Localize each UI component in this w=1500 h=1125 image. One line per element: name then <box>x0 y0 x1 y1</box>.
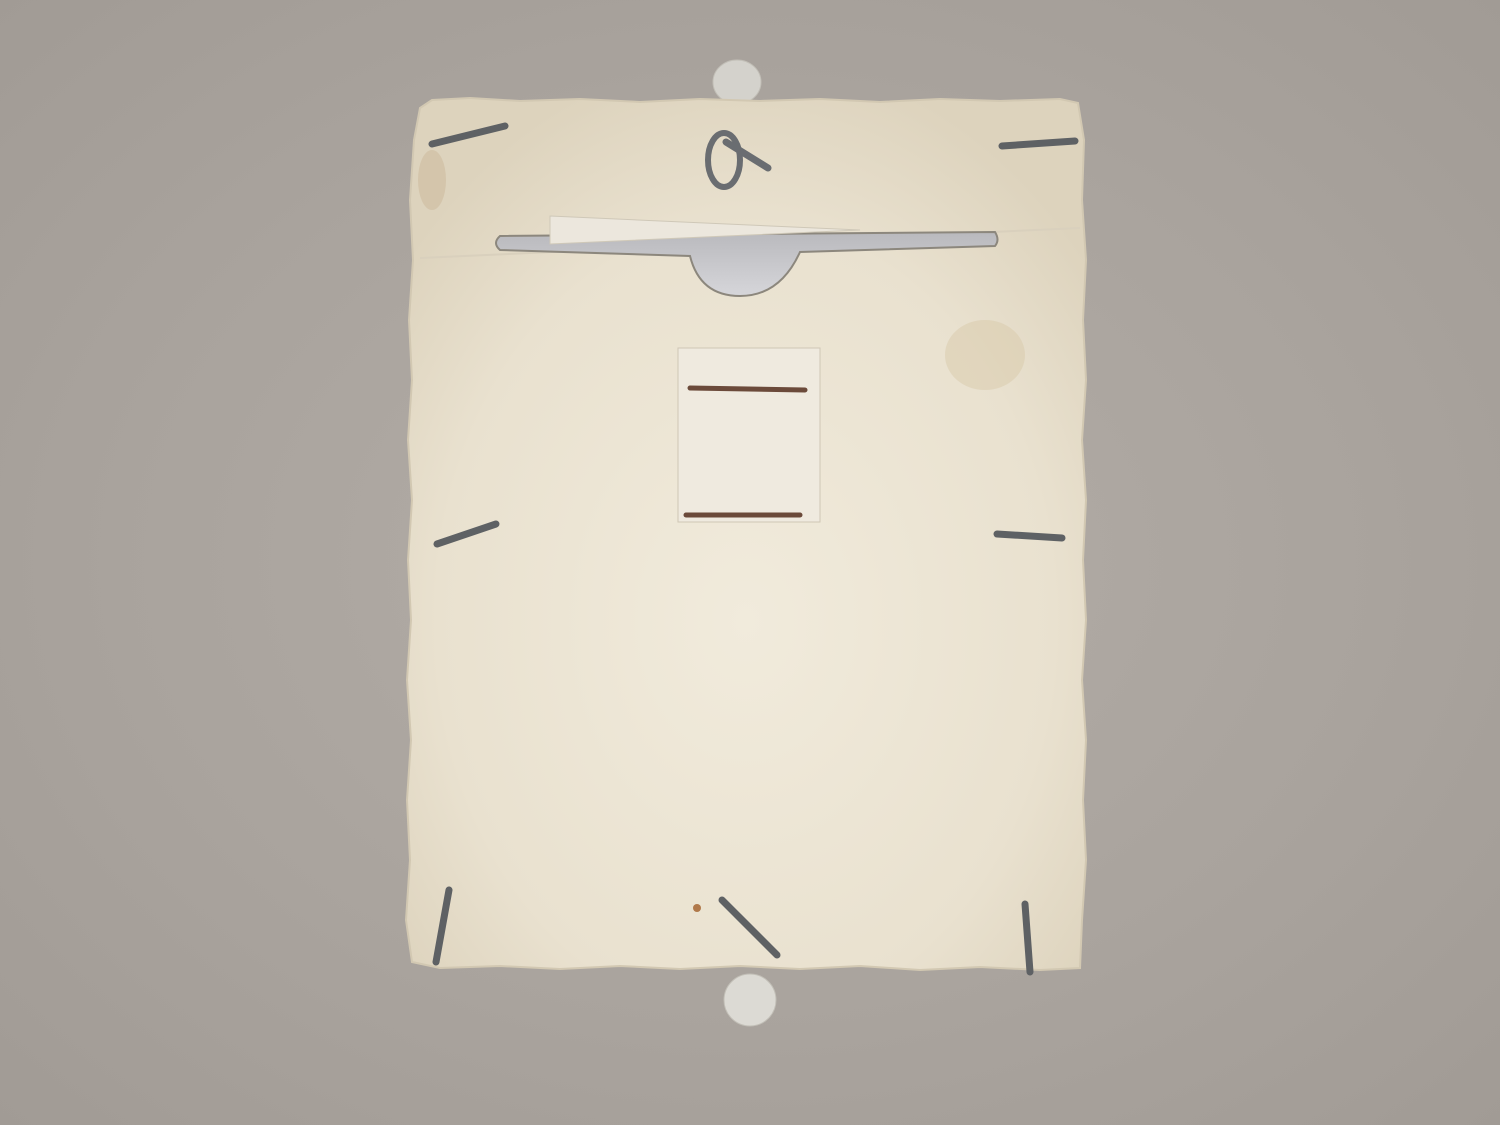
clip-top-right <box>1002 141 1075 146</box>
glass-tab-bottom <box>724 974 776 1026</box>
glass-tab-top <box>713 60 761 104</box>
stapled-patch <box>678 348 820 522</box>
clip-bottom-right <box>1025 904 1030 972</box>
clip-mid-right <box>997 534 1062 538</box>
frame-back-photo <box>0 0 1500 1125</box>
